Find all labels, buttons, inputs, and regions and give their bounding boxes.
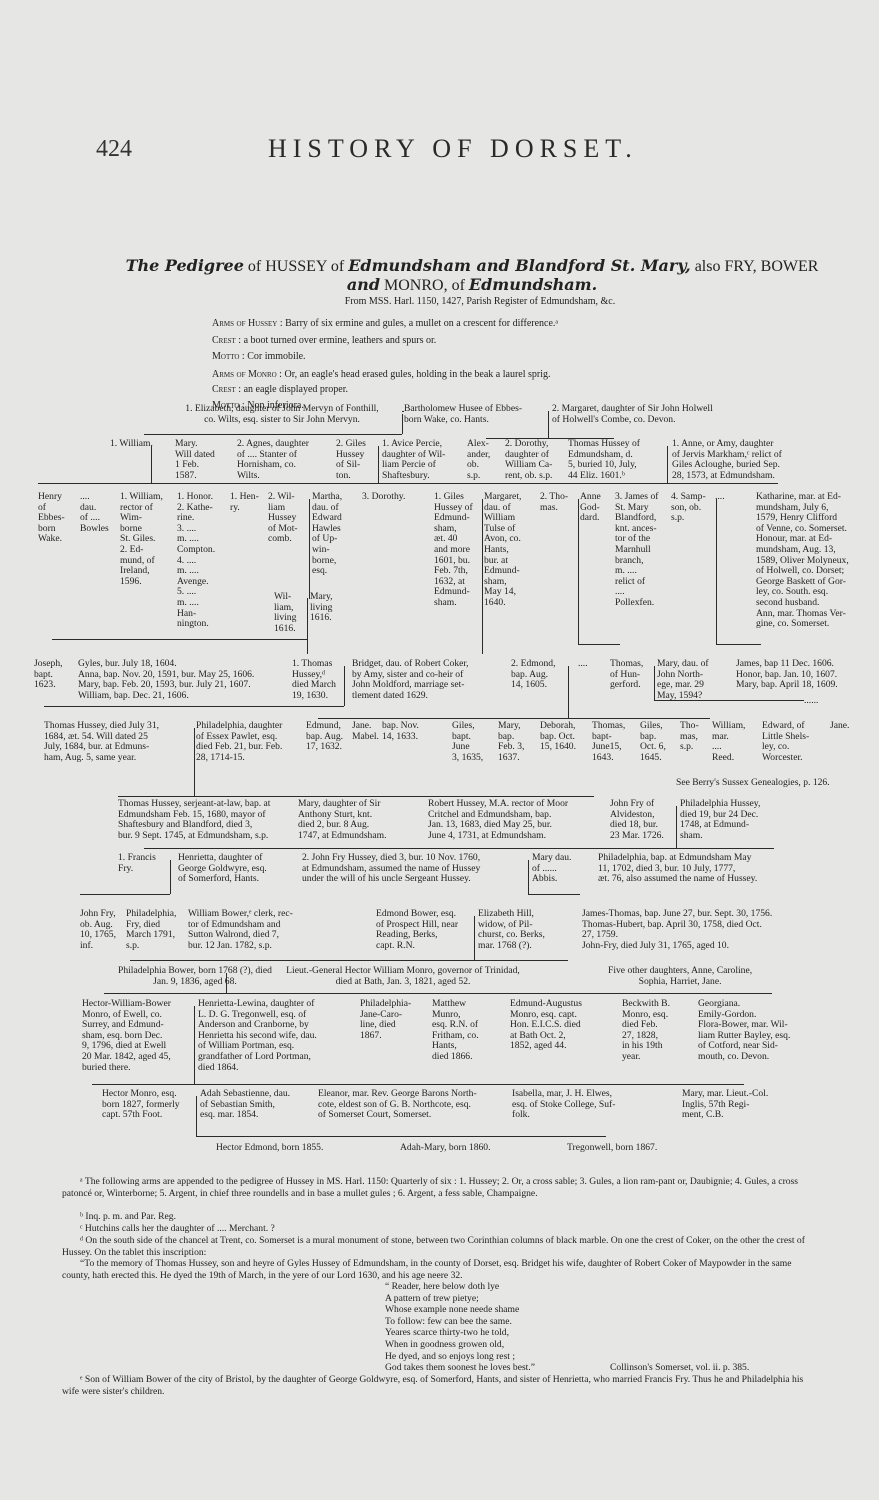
heraldry-label: Arms of Monro :: [212, 369, 282, 380]
pedigree-entry: Bartholomew Husee of Ebbes- born Wake, c…: [404, 404, 522, 425]
running-title: HISTORY OF DORSET.: [268, 134, 638, 164]
pedigree-connector-line: [38, 483, 228, 484]
pedigree-connector-line: [196, 1136, 606, 1137]
pedigree-entry: Edmund-Augustus Monro, esq. capt. Hon. E…: [510, 999, 582, 1052]
pedigree-connector-line: [482, 499, 483, 654]
heraldry-label: Crest :: [212, 335, 241, 346]
book-page: 424 HISTORY OF DORSET. The Pedigree of H…: [0, 0, 879, 1500]
pedigree-entry: Isabella, mar, J. H. Elwes, esq. of Stok…: [512, 1089, 615, 1121]
heraldry-label: Crest :: [212, 384, 241, 395]
footnote-d-inscription: “To the memory of Thomas Hussey, son and…: [62, 1258, 818, 1281]
pedigree-entry: Deborah, bap. Oct. 15, 1640.: [540, 721, 576, 753]
pedigree-connector-line: [548, 411, 549, 438]
pedigree-entry: Thomas, of Hun- gerford.: [610, 659, 643, 691]
pedigree-entry: 2. Agnes, daughter of .... Stanter of Ho…: [237, 439, 309, 481]
pedigree-entry: 2. Margaret, daughter of Sir John Holwel…: [552, 404, 713, 425]
pedigree-connector-line: [560, 483, 778, 484]
footnote-a: ᵃ The following arms are appended to the…: [62, 1176, 818, 1199]
title-text: and: [347, 275, 380, 294]
pedigree-entry: Edward, of Little Shels- ley, co. Worces…: [762, 721, 809, 763]
pedigree-entry: Matthew Munro, esq. R.N. of Fritham, co.…: [432, 999, 479, 1063]
pedigree-entry: Philadelphia- Jane-Caro- line, died 1867…: [360, 999, 411, 1041]
pedigree-entry: William, mar. .... Reed.: [712, 721, 745, 763]
pedigree-entry: James, bap 11 Dec. 1606. Honor, bap. Jan…: [736, 659, 838, 691]
pedigree-entry: Tregonwell, born 1867.: [567, 1143, 657, 1154]
pedigree-entry: .... dau. of .... Bowles: [80, 492, 109, 534]
pedigree-entry: 2. Wil- liam Hussey of Mot- comb.: [268, 492, 298, 545]
pedigree-entry: Thomas Hussey of Edmundsham, d. 5, burie…: [568, 439, 640, 481]
pedigree-entry: Jane.: [830, 721, 849, 732]
pedigree-entry: Thomas, bapt- June15, 1643.: [592, 721, 625, 763]
title-text: MONRO, of: [384, 277, 465, 294]
pedigree-entry: Adah-Mary, born 1860.: [400, 1143, 491, 1154]
pedigree-connector-line: [654, 666, 655, 700]
pedigree-entry: 4. Samp- son, ob. s.p.: [671, 492, 706, 524]
pedigree-connector-line: [309, 499, 310, 599]
pedigree-entry: Mary, mar. Lieut.-Col. Inglis, 57th Regi…: [682, 1089, 768, 1121]
pedigree-entry: 2. Edmond, bap. Aug. 14, 1605.: [511, 659, 556, 691]
pedigree-entry: 2. Dorothy, daughter of William Ca- rent…: [505, 439, 552, 481]
epitaph-poem: “ Reader, here below doth lye A pattern …: [385, 1281, 535, 1374]
pedigree-entry: John Fry, ob. Aug. 10, 1765, inf.: [80, 909, 116, 951]
pedigree-entry: Henrietta, daughter of George Goldwyre, …: [178, 853, 267, 885]
heraldry-line: Motto : Cor immobile.: [212, 351, 306, 362]
pedigree-connector-line: [92, 1084, 744, 1085]
footnote-c: ᶜ Hutchins calls her the daughter of ...…: [80, 1223, 275, 1235]
pedigree-entry: Anne God- dard.: [580, 492, 601, 524]
pedigree-connector-line: [226, 973, 227, 993]
pedigree-entry: ......: [804, 696, 818, 707]
pedigree-connector-line: [578, 644, 620, 645]
pedigree-entry: bap. Nov. 14, 1633.: [382, 721, 419, 742]
pedigree-entry: Robert Hussey, M.A. rector of Moor Critc…: [428, 799, 568, 841]
pedigree-connector-line: [194, 1006, 195, 1084]
pedigree-entry: Mary, bap. Feb. 3, 1637.: [498, 721, 524, 763]
pedigree-connector-line: [104, 993, 772, 994]
pedigree-connector-line: [194, 728, 195, 796]
pedigree-entry: Mary, living 1616.: [310, 592, 333, 624]
pedigree-connector-line: [654, 700, 804, 701]
poem-citation: Collinson's Somerset, vol. ii. p. 385.: [610, 1362, 749, 1374]
pedigree-connector-line: [578, 499, 579, 644]
pedigree-entry: Adah Sebastienne, dau. of Sebastian Smit…: [200, 1089, 290, 1121]
title-text: also FRY, BOWER: [695, 258, 819, 275]
pedigree-connector-line: [344, 666, 345, 706]
pedigree-entry: Giles, bap. Oct. 6, 1645.: [640, 721, 666, 763]
heraldry-text: Or, an eagle's head erased gules, holdin…: [284, 369, 550, 380]
pedigree-entry: Mary, daughter of Sir Anthony Sturt, knt…: [298, 799, 386, 841]
pedigree-entry: 2. Tho- mas.: [540, 492, 568, 513]
pedigree-entry: Henry of Ebbes- born Wake.: [38, 492, 65, 545]
pedigree-entry: Edmund, bap. Aug. 17, 1632.: [306, 721, 343, 753]
heraldry-text: Barry of six ermine and gules, a mullet …: [285, 318, 558, 329]
pedigree-entry: Mary. Will dated 1 Feb. 1587.: [175, 439, 215, 481]
pedigree-connector-line: [130, 960, 568, 961]
pedigree-entry: 1. Honor. 2. Kathe- rine. 3. .... m. ...…: [177, 492, 215, 630]
pedigree-entry: Joseph, bapt. 1623.: [34, 659, 63, 691]
pedigree-connector-line: [378, 446, 379, 483]
pedigree-title-line1: The Pedigree of HUSSEY of Edmundsham and…: [92, 256, 852, 276]
title-text: of HUSSEY of: [248, 258, 344, 275]
pedigree-connector-line: [44, 706, 344, 707]
pedigree-entry: ....: [578, 659, 588, 670]
pedigree-connector-line: [80, 894, 170, 895]
pedigree-entry: Lieut.-General Hector William Monro, gov…: [233, 966, 573, 987]
heraldry-label: Arms of Hussey :: [212, 318, 283, 329]
pedigree-connector-line: [144, 848, 774, 849]
pedigree-entry: 1. William.: [110, 439, 153, 450]
pedigree-connector-line: [528, 860, 529, 894]
heraldry-line: Arms of Monro : Or, an eagle's head eras…: [212, 369, 551, 380]
pedigree-entry: 1. Avice Percie, daughter of Wil- liam P…: [382, 439, 445, 481]
pedigree-entry: Margaret, dau. of William Tulse of Avon,…: [484, 492, 521, 609]
pedigree-entry: 1. Francis Fry.: [118, 853, 156, 874]
page-number: 424: [96, 136, 132, 163]
pedigree-connector-line: [474, 916, 475, 960]
pedigree-connector-line: [118, 796, 594, 797]
pedigree-connector-line: [52, 639, 308, 640]
pedigree-entry: Beckwith B. Monro, esq. died Feb. 27, 18…: [622, 999, 670, 1063]
pedigree-entry: Philadelphia Hussey, died 19, bur 24 Dec…: [680, 799, 760, 841]
pedigree-entry: Philadelphia, bap. at Edmundsham May 11,…: [598, 853, 757, 885]
pedigree-entry: 2. Giles Hussey of Sil- ton.: [336, 439, 366, 481]
pedigree-connector-line: [667, 446, 668, 483]
pedigree-entry: Katharine, mar. at Ed- mundsham, July 6,…: [756, 492, 849, 630]
pedigree-entry: Gyles, bur. July 18, 1604. Anna, bap. No…: [78, 659, 254, 701]
pedigree-connector-line: [144, 434, 402, 435]
pedigree-entry: 2. John Fry Hussey, died 3, bur. 10 Nov.…: [302, 853, 480, 885]
pedigree-connector-line: [716, 499, 717, 644]
pedigree-connector-line: [318, 718, 710, 719]
heraldry-text: a boot turned over ermine, leathers and …: [244, 335, 437, 346]
pedigree-connector-line: [676, 806, 677, 848]
heraldry-text: an eagle displayed proper.: [244, 384, 348, 395]
heraldry-line: Arms of Hussey : Barry of six ermine and…: [212, 318, 558, 329]
pedigree-entry: Mary dau. of ...... Abbis.: [532, 853, 571, 885]
pedigree-entry: John Fry of Alvideston, died 18, bur. 23…: [610, 799, 664, 841]
pedigree-entry: Edmond Bower, esq. of Prospect Hill, nea…: [376, 909, 458, 951]
pedigree-entry: Philadelphia, Fry, died March 1791, s.p.: [126, 909, 176, 951]
pedigree-entry: Tho- mas, s.p.: [680, 721, 699, 753]
title-place: Edmundsham.: [469, 275, 597, 294]
pedigree-connector-line: [151, 446, 152, 483]
source-note: From MSS. Harl. 1150, 1427, Parish Regis…: [160, 296, 800, 307]
pedigree-connector-line: [402, 414, 403, 434]
pedigree-entry: Mary, dau. of John North- ege, mar. 29 M…: [657, 659, 709, 701]
pedigree-connector-line: [528, 894, 580, 895]
pedigree-connector-line: [307, 598, 308, 654]
pedigree-title-line2: and MONRO, of Edmundsham.: [92, 275, 852, 295]
pedigree-connector-line: [196, 1096, 197, 1136]
pedigree-entry: Jane. Mabel.: [352, 721, 379, 742]
pedigree-entry: Thomas Hussey, died July 31, 1684, æt. 5…: [44, 721, 159, 763]
footnote-e: ᵉ Son of William Bower of the city of Br…: [62, 1374, 818, 1397]
title-prefix: The Pedigree: [126, 256, 244, 275]
pedigree-connector-line: [716, 644, 761, 645]
heraldry-line: Crest : an eagle displayed proper.: [212, 384, 348, 395]
pedigree-entry: Bridget, dau. of Robert Coker, by Amy, s…: [352, 659, 469, 701]
pedigree-connector-line: [170, 860, 171, 894]
pedigree-entry: 1. Giles Hussey of Edmund- sham, æt. 40 …: [434, 492, 473, 609]
pedigree-entry: Elizabeth Hill, widow, of Pil- churst, c…: [478, 909, 545, 951]
pedigree-entry: Alex- ander, ob. s.p.: [467, 439, 490, 481]
pedigree-entry: 1. Hen- ry.: [230, 492, 259, 513]
pedigree-entry: Thomas Hussey, serjeant-at-law, bap. at …: [118, 799, 270, 841]
pedigree-entry: Philadelphia, daughter of Essex Pawlet, …: [196, 721, 282, 763]
heraldry-line: Crest : a boot turned over ermine, leath…: [212, 335, 436, 346]
pedigree-entry: William Bower,ᵉ clerk, rec- tor of Edmun…: [188, 909, 293, 951]
pedigree-entry: 1. Anne, or Amy, daughter of Jervis Mark…: [672, 439, 782, 481]
pedigree-entry: Wil- liam, living 1616.: [274, 592, 296, 634]
pedigree-connector-line: [568, 666, 569, 718]
footnote-b: ᵇ Inq. p. m. and Par. Reg.: [80, 1211, 176, 1223]
pedigree-connector-line: [402, 411, 404, 412]
pedigree-entry: Hector Monro, esq. born 1827, formerly c…: [102, 1089, 180, 1121]
pedigree-entry: Hector Edmond, born 1855.: [216, 1143, 323, 1154]
pedigree-entry: James-Thomas, bap. June 27, bur. Sept. 3…: [582, 909, 772, 951]
pedigree-entry: Martha, dau. of Edward Hawles of Up- win…: [312, 492, 342, 577]
citation-link: See Berry's Sussex Genealogies, p. 126.: [676, 778, 830, 789]
pedigree-entry: 1. William, rector of Wim- borne St. Gil…: [120, 492, 163, 587]
pedigree-entry: Henrietta-Lewina, daughter of L. D. G. T…: [198, 999, 317, 1073]
pedigree-entry: 3. James of St. Mary Blandford, knt. anc…: [615, 492, 658, 609]
title-place: Edmundsham and Blandford St. Mary,: [348, 256, 691, 275]
pedigree-entry: 1. Thomas Hussey,ᵈ died March 19, 1630.: [292, 659, 336, 701]
pedigree-entry: 1. Elizabeth, daughter of John Mervyn of…: [162, 404, 402, 425]
footnote-d: ᵈ On the south side of the chancel at Tr…: [62, 1235, 818, 1258]
pedigree-entry: Georgiana. Emily-Gordon. Flora-Bower, ma…: [698, 999, 790, 1063]
heraldry-label: Motto :: [212, 351, 245, 362]
pedigree-entry: Eleanor, mar. Rev. George Barons North- …: [318, 1089, 477, 1121]
pedigree-entry: Hector-William-Bower Monro, of Ewell, co…: [82, 999, 171, 1073]
pedigree-entry: Five other daughters, Anne, Caroline, So…: [608, 966, 752, 987]
pedigree-entry: 3. Dorothy.: [362, 492, 405, 503]
pedigree-entry: Giles, bapt. June 3, 1635,: [452, 721, 483, 763]
heraldry-text: Cor immobile.: [247, 351, 305, 362]
